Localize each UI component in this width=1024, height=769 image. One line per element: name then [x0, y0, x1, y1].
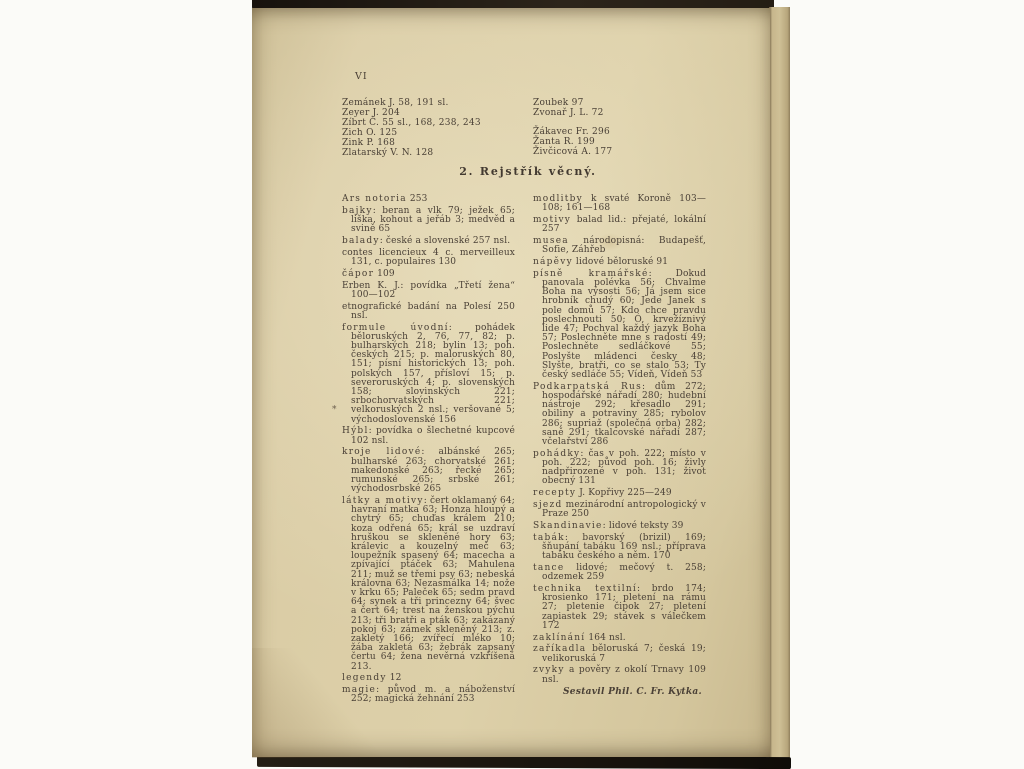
entry-text: a pověry z okolí Trnavy 109 nsl.	[542, 665, 706, 684]
index-entry: zaříkadla běloruská 7; česká 19; velikor…	[533, 645, 706, 663]
entry-text: lidové; mečový t. 258; odzemek 259	[542, 563, 706, 582]
index-entry: contes licencieux 4 c. merveilleux 131, …	[342, 249, 515, 267]
entry-text: : povídka o šlechetné kupcové 102 nsl.	[351, 426, 515, 445]
index-entry: formule úvodní: pohádek běloruských 2, 7…	[342, 324, 515, 425]
book-page: VI Zemánek J. 58, 191 sl. Zeyer J. 204 Z…	[252, 8, 770, 757]
entry-text: mezinárodní antropologický v Praze 250	[542, 500, 706, 519]
index-entry: motivy balad lid.: přejaté, lokální 257	[533, 216, 706, 234]
handwritten-margin-mark: *	[332, 407, 337, 414]
entry-text: contes licencieux 4 c. merveilleux 131, …	[342, 248, 515, 267]
name-index-line: Zemánek J. 58, 191 sl.	[342, 98, 532, 108]
name-index-line: Zíbrt Č. 55 sl., 168, 238, 243	[342, 118, 532, 128]
entry-headword: Skandinavie	[533, 521, 603, 531]
entry-headword: Ars notoria	[342, 194, 407, 204]
index-entry: pohádky: čas v poh. 222; místo v poh. 22…	[533, 450, 706, 487]
scanned-book-photo: VI Zemánek J. 58, 191 sl. Zeyer J. 204 Z…	[0, 0, 1024, 768]
index-entry: tabák: bavorský (brizil) 169; šňupání ta…	[533, 534, 706, 562]
index-entry: zvyky a pověry z okolí Trnavy 109 nsl.	[533, 666, 706, 684]
index-entry: recepty J. Kopřivy 225—249	[533, 489, 706, 498]
index-entry: písně kramářské: Dokud panovala polévka …	[533, 270, 706, 380]
index-entry: zaklínání 164 nsl.	[533, 634, 706, 643]
entry-text: 164 nsl.	[585, 633, 625, 643]
index-entry: tance lidové; mečový t. 258; odzemek 259	[533, 564, 706, 582]
index-entry: Skandinavie: lidové teksty 39	[533, 522, 706, 531]
index-entry: balady: české a slovenské 257 nsl.	[342, 237, 515, 246]
entry-text: : čert oklamaný 64; havraní matka 63; Ho…	[351, 496, 515, 672]
index-entry: Podkarpatská Rus: dům 272; hospodářské n…	[533, 383, 706, 447]
page-stack-edge	[769, 7, 790, 758]
entry-text: J. Kopřivy 225—249	[576, 488, 672, 498]
compiler-signature: Sestavil Phil. C. Fr. Kytka.	[533, 688, 706, 697]
entry-headword: recepty	[533, 488, 576, 498]
entry-text: : dům 272; hospodářské nářadí 280; hudeb…	[542, 382, 706, 447]
index-entry: nápěvy lidové běloruské 91	[533, 258, 706, 267]
index-entry: kroje lidové: albánské 265; bulharské 26…	[342, 448, 515, 494]
index-entry: látky a motivy: čert oklamaný 64; havran…	[342, 497, 515, 672]
name-index-gap	[533, 118, 713, 127]
entry-headword: zaklínání	[533, 633, 585, 643]
index-entry: Erben K. J.: povídka „Třetí žena“ 100—10…	[342, 282, 515, 300]
entry-text: etnografické badání na Polesí 250 nsl.	[342, 302, 515, 321]
entry-text: : české a slovenské 257 nsl.	[380, 236, 511, 246]
index-entry: legendy 12	[342, 674, 515, 683]
entry-headword: balady	[342, 236, 380, 246]
entry-text: : beran a vlk 79; ježek 65; liška, kohou…	[351, 206, 515, 234]
entry-text: 109	[374, 269, 395, 279]
index-entry: modlitby k svaté Koroně 103—108; 161—168	[533, 195, 706, 213]
index-entry: technika textilní: brdo 174; krosienko 1…	[533, 585, 706, 631]
index-entry: musea národopisná: Budapešť, Sofie, Záhř…	[533, 237, 706, 255]
name-index-left-column: Zemánek J. 58, 191 sl. Zeyer J. 204 Zíbr…	[342, 98, 532, 159]
index-entry: bajky: beran a vlk 79; ježek 65; liška, …	[342, 207, 515, 235]
entry-text: : lidové teksty 39	[603, 521, 684, 531]
index-entry: etnografické badání na Polesí 250 nsl.	[342, 303, 515, 321]
name-index-line: Zoubek 97	[533, 98, 713, 108]
entry-headword: legendy	[342, 673, 387, 683]
name-index-right-column: Zoubek 97 Zvonař J. L. 72 Žákavec Fr. 29…	[533, 98, 713, 157]
index-entry: magie: původ m. a náboženství 252; magic…	[342, 686, 515, 704]
index-entry: sjezd mezinárodní antropologický v Praze…	[533, 501, 706, 519]
name-index-line: Zlatarský V. N. 128	[342, 148, 532, 158]
entry-text: : Dokud panovala polévka 56; Chvalme Boh…	[542, 269, 706, 380]
entry-headword: nápěvy	[533, 257, 573, 267]
entry-text: 12	[387, 673, 402, 683]
section-heading: 2. Rejstřík věcný.	[340, 165, 716, 178]
entry-text: lidové běloruské 91	[573, 257, 668, 267]
name-index-line: Zink P. 168	[342, 138, 532, 148]
subject-index-right-column: modlitby k svaté Koroně 103—108; 161—168…	[533, 195, 706, 697]
name-index-line: Žákavec Fr. 296	[533, 127, 713, 137]
name-index-line: Zeyer J. 204	[342, 108, 532, 118]
entry-text: : pohádek běloruských 2, 76, 77, 82; p. …	[351, 323, 515, 425]
entry-text: : původ m. a náboženství 252; magická že…	[351, 685, 515, 704]
index-entry: Ars notoria 253	[342, 195, 515, 204]
name-index-line: Živčicová A. 177	[533, 147, 713, 157]
index-entry: čápor 109	[342, 270, 515, 279]
name-index-line: Žanta R. 199	[533, 137, 713, 147]
entry-text: 253	[407, 194, 428, 204]
subject-index-left-column: Ars notoria 253 bajky: beran a vlk 79; j…	[342, 195, 515, 707]
entry-text: : bavorský (brizil) 169; šňupání tabáku …	[542, 533, 706, 561]
entry-text: Erben K. J.: povídka „Třetí žena“ 100—10…	[342, 281, 515, 300]
name-index-line: Zvonař J. L. 72	[533, 108, 713, 118]
name-index-line: Zich O. 125	[342, 128, 532, 138]
page-number: VI	[355, 71, 368, 82]
entry-headword: čápor	[342, 269, 374, 279]
index-entry: Hýbl: povídka o šlechetné kupcové 102 ns…	[342, 427, 515, 445]
